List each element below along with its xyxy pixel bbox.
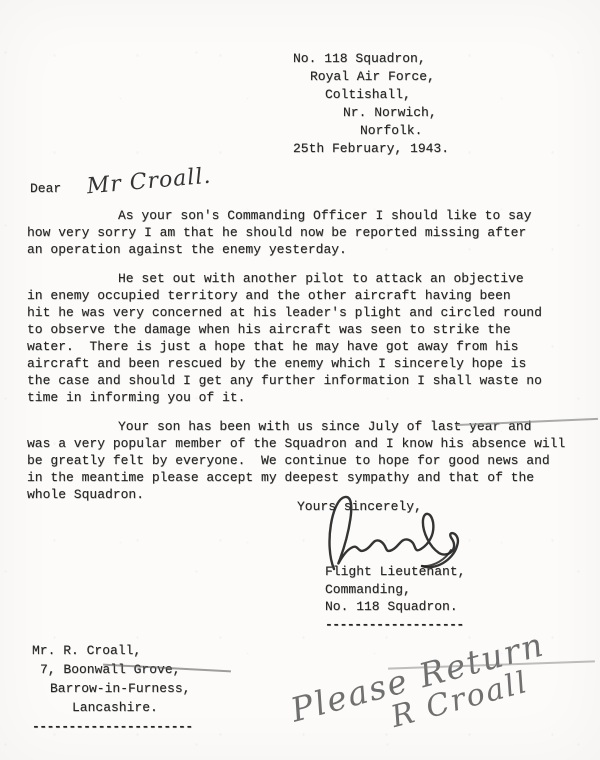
body-line: be greatly felt by everyone. We continue… (27, 452, 552, 469)
body-line: water. There is just a hope that he may … (27, 338, 552, 355)
body-line: how very sorry I am that he should now b… (27, 224, 552, 241)
body-line: Your son has been with us since July of … (27, 418, 552, 435)
recipient-address-line: Mr. R. Croall, (32, 641, 193, 660)
sender-address-line: Nr. Norwich, (293, 104, 437, 122)
body-line: an operation against the enemy yesterday… (27, 241, 552, 258)
body-line: As your son's Commanding Officer I shoul… (27, 207, 552, 224)
paragraph-1: As your son's Commanding Officer I shoul… (27, 207, 552, 258)
sender-address-line: Coltishall, (293, 86, 437, 104)
paragraph-2: He set out with another pilot to attack … (27, 270, 552, 406)
body-line: hit he was very concerned at his leader'… (27, 304, 552, 321)
letter-page: No. 118 Squadron, Royal Air Force, Colti… (0, 0, 600, 760)
body-line: in the meantime please accept my deepest… (27, 469, 552, 486)
salutation: DearMr Croall. (30, 173, 212, 198)
body-line: in enemy occupied territory and the othe… (27, 287, 552, 304)
sender-address-line: Norfolk. (293, 122, 437, 140)
body-line: the case and should I get any further in… (27, 372, 552, 389)
signer-rank: Flight Lieutenant, (325, 563, 465, 581)
salutation-handwritten-name: Mr Croall. (86, 164, 213, 200)
body-line: He set out with another pilot to attack … (27, 270, 552, 287)
signature-block: Flight Lieutenant, Commanding, No. 118 S… (325, 563, 465, 633)
body-line: whole Squadron. (27, 486, 552, 503)
sender-address-block: No. 118 Squadron, Royal Air Force, Colti… (293, 50, 437, 140)
recipient-address-line: Barrow-in-Furness, (32, 679, 193, 698)
body-line: time in informing you of it. (27, 389, 552, 406)
body-line: was a very popular member of the Squadro… (27, 435, 552, 452)
recipient-address-block: Mr. R. Croall, 7, Boonwall Grove, Barrow… (32, 641, 193, 736)
body-line: to observe the damage when his aircraft … (27, 321, 552, 338)
sender-address-line: No. 118 Squadron, (293, 50, 437, 68)
body-line: aircraft and been rescued by the enemy w… (27, 355, 552, 372)
paragraph-3: Your son has been with us since July of … (27, 418, 552, 503)
typed-divider: ---------------------- (32, 717, 193, 736)
signer-unit: No. 118 Squadron. (325, 598, 465, 616)
date-line: 25th February, 1943. (293, 141, 449, 156)
salutation-typed: Dear (30, 181, 61, 196)
typed-divider: ------------------- (325, 616, 465, 634)
signer-role: Commanding, (325, 581, 465, 599)
recipient-address-line: 7, Boonwall Grove, (32, 660, 193, 679)
letter-body: As your son's Commanding Officer I shoul… (27, 207, 552, 515)
sender-address-line: Royal Air Force, (293, 68, 437, 86)
recipient-address-line: Lancashire. (32, 698, 193, 717)
